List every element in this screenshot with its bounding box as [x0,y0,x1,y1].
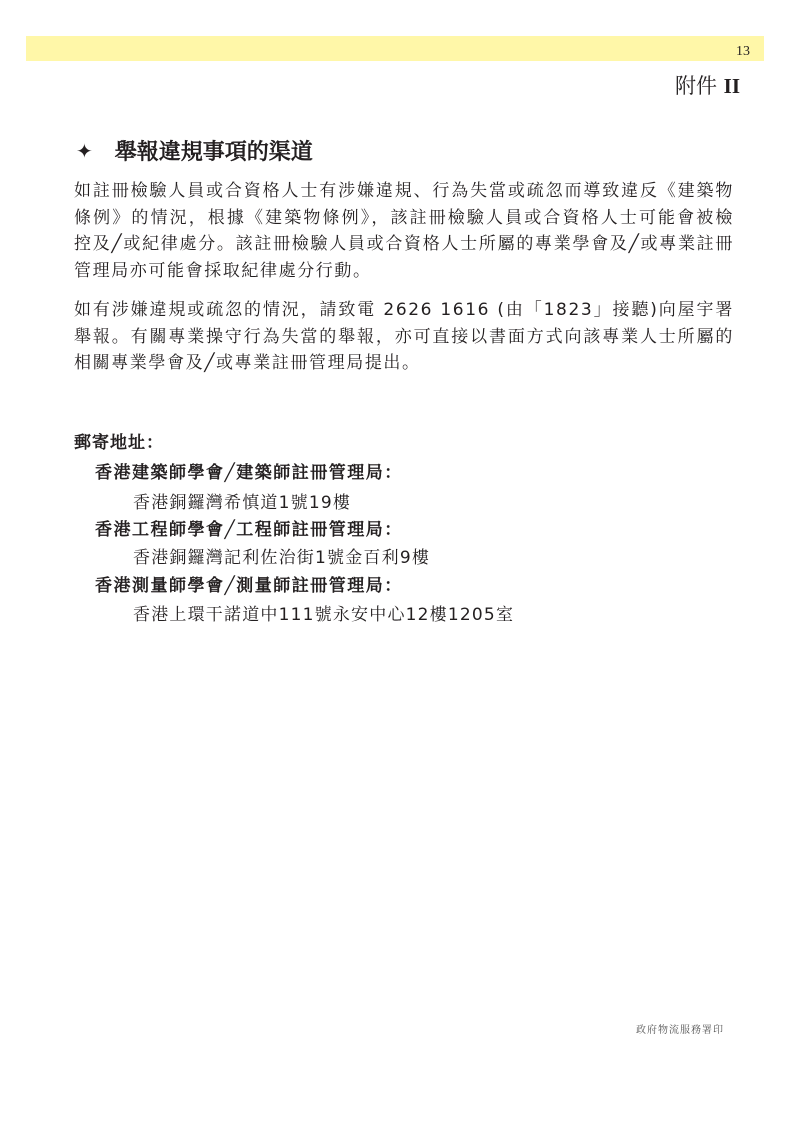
address-architects: 香港銅鑼灣希慎道1號19樓 [133,488,351,513]
org-engineers: 香港工程師學會╱工程師註冊管理局： [95,515,403,540]
section-title: 舉報違規事項的渠道 [115,135,313,166]
star-bullet-icon: ✦ [76,139,93,163]
page-number: 13 [736,44,750,60]
annex-title: 附件 II [675,70,740,100]
org-surveyors: 香港測量師學會╱測量師註冊管理局： [95,571,403,596]
printer-credit: 政府物流服務署印 [636,1021,724,1036]
paragraph-2: 如有涉嫌違規或疏忽的情況，請致電 2626 1616 (由「1823」接聽)向屋… [74,297,734,377]
paragraph-1: 如註冊檢驗人員或合資格人士有涉嫌違規、行為失當或疏忽而導致違反《建築物條例》的情… [74,178,734,284]
address-surveyors: 香港上環干諾道中111號永安中心12樓1205室 [133,600,514,625]
section-heading: ✦ 舉報違規事項的渠道 [76,135,313,166]
address-engineers: 香港銅鑼灣記利佐治街1號金百利9樓 [133,543,430,568]
annex-label: 附件 [675,74,717,98]
mailing-address-label: 郵寄地址： [74,428,164,453]
header-band: 13 [26,36,764,61]
annex-roman: II [724,74,740,98]
org-architects: 香港建築師學會╱建築師註冊管理局： [95,458,403,483]
